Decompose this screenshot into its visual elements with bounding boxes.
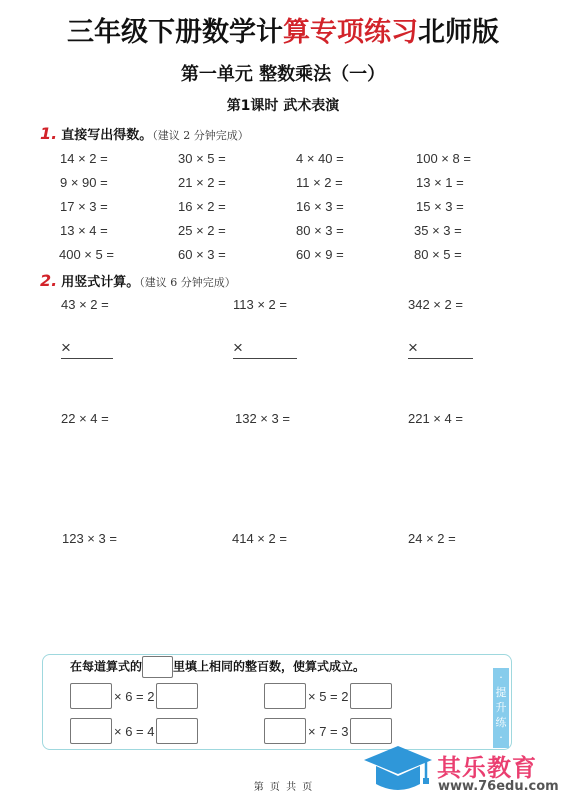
answer-box[interactable]: [264, 718, 306, 744]
oral-question: 80 × 5 =: [414, 247, 462, 262]
answer-box[interactable]: [350, 683, 392, 709]
tab-char: 练: [493, 715, 509, 730]
vertical-multiply-line: ×: [233, 338, 297, 359]
oral-question: 16 × 2 =: [178, 199, 226, 214]
section1-note: （建议 2 分钟完成）: [152, 129, 249, 142]
answer-box[interactable]: [70, 718, 112, 744]
oral-question: 100 × 8 =: [416, 151, 471, 166]
oral-question: 13 × 1 =: [416, 175, 464, 190]
title-part-2: 北师版: [418, 17, 499, 48]
brand-url: www.76edu.com: [438, 779, 559, 794]
oral-question: 4 × 40 =: [296, 151, 344, 166]
practice-item: × 7 = 3: [264, 718, 392, 744]
title-part-1: 三年级下册数学计: [67, 17, 283, 48]
oral-question: 35 × 3 =: [414, 223, 462, 238]
practice-equation: × 6 = 2: [114, 689, 154, 704]
vertical-calc-question: 221 × 4 =: [408, 411, 463, 426]
answer-box[interactable]: [264, 683, 306, 709]
vertical-calc-question: 342 × 2 =: [408, 297, 463, 312]
vertical-calc-question: 22 × 4 =: [61, 411, 109, 426]
practice-item: × 6 = 4: [70, 718, 198, 744]
answer-box[interactable]: [156, 718, 198, 744]
example-box: [142, 656, 173, 678]
section1-heading: 1.直接写出得数。（建议 2 分钟完成）: [40, 124, 249, 143]
brand-name: 其乐教育: [437, 748, 537, 783]
multiply-sign-icon: ×: [408, 338, 418, 357]
vertical-calc-question: 113 × 2 =: [233, 297, 287, 312]
oral-question: 25 × 2 =: [178, 223, 226, 238]
section1-heading-text: 直接写出得数。: [61, 128, 152, 143]
instruction-after: 里填上相同的整百数，使算式成立。: [173, 660, 365, 674]
vertical-multiply-line: ×: [61, 338, 113, 359]
tab-dot: ·: [493, 730, 509, 745]
answer-box[interactable]: [156, 683, 198, 709]
practice-item: × 5 = 2: [264, 683, 392, 709]
side-tab-improve: · 提 升 练 ·: [493, 668, 509, 748]
vertical-calc-question: 414 × 2 =: [232, 531, 287, 546]
answer-box[interactable]: [70, 683, 112, 709]
section2-number: 2.: [40, 271, 57, 290]
vertical-calc-question: 24 × 2 =: [408, 531, 456, 546]
oral-question: 400 × 5 =: [59, 247, 114, 262]
oral-question: 11 × 2 =: [296, 175, 343, 190]
section2-note: （建议 6 分钟完成）: [139, 276, 236, 289]
oral-question: 14 × 2 =: [60, 151, 108, 166]
vertical-calc-question: 43 × 2 =: [61, 297, 109, 312]
worksheet-title: 三年级下册数学计算专项练习北师版: [0, 10, 566, 49]
vertical-calc-question: 132 × 3 =: [235, 411, 290, 426]
tab-char: 升: [493, 700, 509, 715]
answer-box[interactable]: [350, 718, 392, 744]
oral-question: 80 × 3 =: [296, 223, 344, 238]
instruction-before: 在每道算式的: [70, 660, 142, 674]
oral-question: 60 × 3 =: [178, 247, 226, 262]
section2-heading-text: 用竖式计算。: [61, 275, 139, 290]
lesson-title: 第1课时 武术表演: [0, 95, 566, 115]
oral-question: 17 × 3 =: [60, 199, 108, 214]
section1-number: 1.: [40, 124, 57, 143]
graduation-cap-icon: [362, 742, 436, 794]
unit-title: 第一单元 整数乘法（一）: [0, 60, 566, 86]
title-part-red: 算专项练习: [283, 17, 418, 48]
multiply-sign-icon: ×: [233, 338, 243, 357]
practice-equation: × 6 = 4: [114, 724, 154, 739]
practice-equation: × 5 = 2: [308, 689, 348, 704]
oral-question: 60 × 9 =: [296, 247, 344, 262]
oral-question: 30 × 5 =: [178, 151, 226, 166]
section2-heading: 2.用竖式计算。（建议 6 分钟完成）: [40, 271, 236, 290]
vertical-multiply-line: ×: [408, 338, 473, 359]
tab-char: 提: [493, 685, 509, 700]
multiply-sign-icon: ×: [61, 338, 71, 357]
practice-instruction: 在每道算式的里填上相同的整百数，使算式成立。: [70, 656, 365, 678]
oral-question: 13 × 4 =: [60, 223, 108, 238]
practice-item: × 6 = 2: [70, 683, 198, 709]
practice-equation: × 7 = 3: [308, 724, 348, 739]
oral-question: 15 × 3 =: [416, 199, 464, 214]
tab-dot: ·: [493, 670, 509, 685]
vertical-calc-question: 123 × 3 =: [62, 531, 117, 546]
oral-question: 16 × 3 =: [296, 199, 344, 214]
oral-question: 21 × 2 =: [178, 175, 226, 190]
oral-question: 9 × 90 =: [60, 175, 108, 190]
